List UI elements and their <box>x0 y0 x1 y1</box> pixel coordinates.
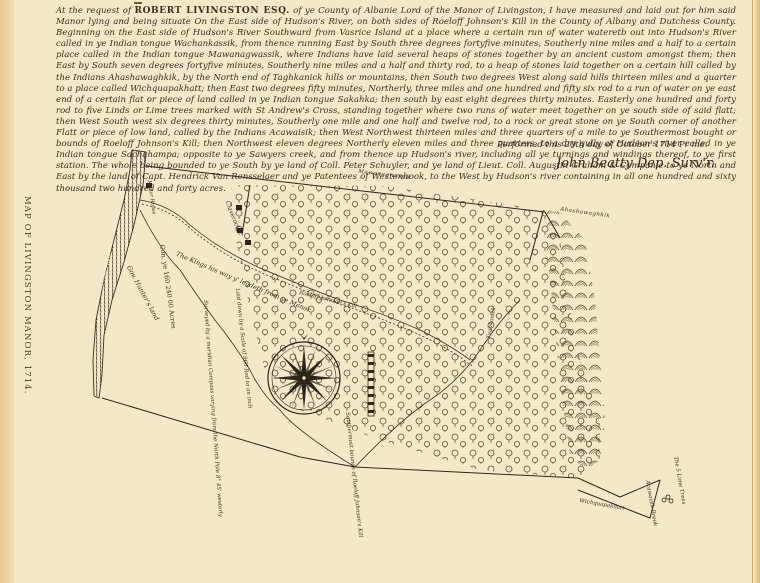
scale-bar <box>368 352 374 416</box>
forest-area <box>230 185 600 478</box>
five-lime-trees-marker <box>662 495 673 503</box>
